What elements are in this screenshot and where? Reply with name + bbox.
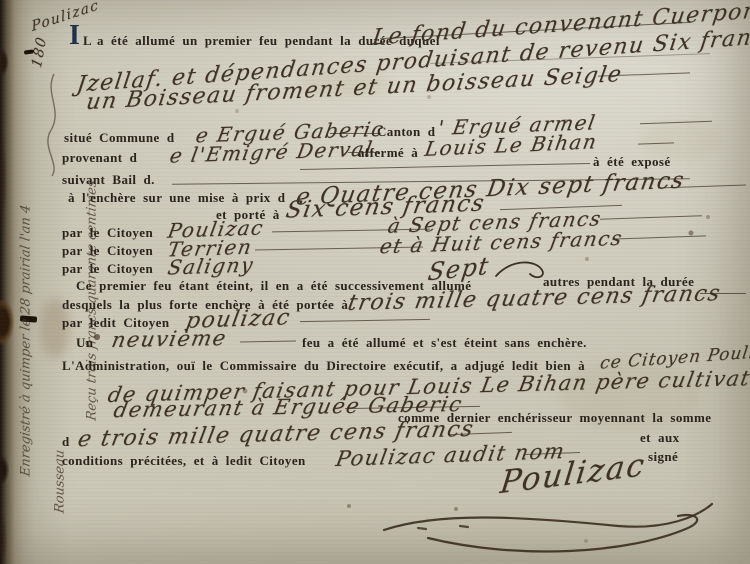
- swash-icon: [492, 256, 548, 282]
- un-label: Un: [76, 335, 93, 351]
- ink-speck: [0, 0, 2, 2]
- bidder-label-3: par le Citoyen: [62, 261, 153, 277]
- origin-label: provenant d: [62, 150, 137, 166]
- starting-price-label: à l'enchère sur une mise à prix d: [68, 190, 285, 206]
- lease-label: affermé à: [358, 145, 418, 161]
- registrar-signature: Rousseau: [53, 400, 68, 562]
- bidder-name-3: Saligny: [166, 252, 256, 279]
- ruled-line: [330, 133, 378, 134]
- dropcap-initial: I: [69, 20, 80, 52]
- de-label: d: [62, 434, 70, 450]
- document-page: Poulizac 180 Enregistré à quimper le 28 …: [0, 0, 750, 564]
- ruled-line: [300, 163, 590, 170]
- top-margin-signature: Poulizac: [31, 0, 101, 35]
- commune-label: situé Commune d: [64, 130, 175, 146]
- bail-label: suivant Bail d.: [62, 172, 155, 188]
- ninth-fire-clause: feu a été allumé et s'est éteint sans en…: [302, 335, 587, 351]
- bidder-label-1: par le Citoyen: [62, 225, 153, 241]
- signed-label: signé: [648, 449, 678, 465]
- ruled-line: [300, 319, 430, 322]
- ruled-line: [600, 215, 702, 220]
- ruled-line: [612, 235, 706, 239]
- signature-flourish-icon: [368, 486, 718, 558]
- ninth-fire-value: neuvième: [110, 326, 229, 352]
- ruled-line: [700, 293, 746, 294]
- etaux-label: et aux: [640, 430, 679, 446]
- fires-count-value: Sept: [426, 251, 491, 286]
- ruled-line: [240, 341, 296, 343]
- registration-note: Enregistré à quimper le 28 prairial l'an…: [19, 119, 34, 561]
- bidder-label-2: par le Citoyen: [62, 243, 153, 259]
- dropcap-smallcap: L: [83, 33, 92, 49]
- conditions-clause: conditions précitées, et à ledit Citoyen: [62, 453, 306, 469]
